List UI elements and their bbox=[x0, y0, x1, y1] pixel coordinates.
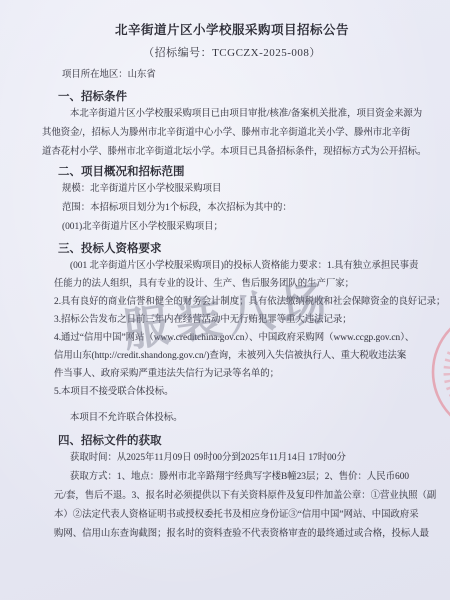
text-line: 2.具有良好的商业信誉和健全的财务会计制度；具有依法缴纳税收和社会保障资金的良好… bbox=[54, 293, 422, 311]
text-line: 获取方式：1、地点：滕州市北辛路翔宇经典写字楼B幢23层；2、售价：人民币600 bbox=[70, 468, 422, 487]
text-line: 元/套，售后不退。3、报名时必须提供以下有关资料原件及复印件加盖公章：①营业执照… bbox=[54, 487, 422, 506]
page-title: 北辛街道片区小学校服采购项目招标公告 bbox=[42, 22, 422, 38]
document-page: 服装八场 北辛街道片区小学校服采购项目招标公告 （招标编号：TCGCZX-202… bbox=[0, 0, 450, 600]
tender-number: （招标编号：TCGCZX-2025-008） bbox=[42, 46, 422, 60]
section-3-heading: 三、投标人资格要求 bbox=[58, 241, 422, 257]
text-line: (001)北辛街道片区小学校服采购项目； bbox=[62, 218, 422, 237]
section-1-heading: 一、招标条件 bbox=[58, 89, 422, 105]
text-line: 其他资金/，招标人为滕州市北辛街道中心小学、滕州市北辛街道北关小学、滕州市北辛街 bbox=[42, 124, 422, 143]
text-line: 规模：北辛街道片区小学校服采购项目 bbox=[62, 180, 422, 199]
section-3-body: (001 北辛街道片区小学校服采购项目)的投标人资格能力要求：1.具有独立承担民… bbox=[42, 257, 422, 427]
text-line: 购网、信用山东查询截图；报名时的资料查验不代表资格审查的最终通过或合格，投标人最 bbox=[54, 525, 422, 544]
text-line: (001 北辛街道片区小学校服采购项目)的投标人资格能力要求：1.具有独立承担民… bbox=[70, 257, 422, 275]
text-line: 5.本项目不接受联合体投标。 bbox=[54, 383, 422, 401]
no-consortium-note: 本项目不允许联合体投标。 bbox=[70, 409, 422, 427]
region-line: 项目所在地区：山东省 bbox=[62, 66, 422, 85]
text-line: 信用山东(http://credit.shandong.gov.cn/)查询，未… bbox=[54, 347, 422, 365]
text-line: 任能力的法人组织，具有专业的设计、生产、售后服务团队的生产厂家； bbox=[54, 275, 422, 293]
text-line: 4.通过“信用中国”网站（www.creditchina.gov.cn）、中国政… bbox=[54, 329, 422, 347]
text-line: 本）②法定代表人资格证明书或授权委托书及相应身份证③“信用中国”网站、中国政府采 bbox=[54, 506, 422, 525]
text-line: 件当事人、政府采购严重违法失信行为记录等名单的； bbox=[54, 365, 422, 383]
section-1-body: 本北辛街道片区小学校服采购项目已由项目审批/核准/备案机关批准，项目资金来源为 … bbox=[42, 105, 422, 162]
section-2-heading: 二、项目概况和招标范围 bbox=[58, 164, 422, 180]
document-content: 北辛街道片区小学校服采购项目招标公告 （招标编号：TCGCZX-2025-008… bbox=[0, 0, 450, 544]
section-4-heading: 四、招标文件的获取 bbox=[58, 433, 422, 449]
text-line: 范围：本招标项目划分为1个标段，本次招标为其中的： bbox=[62, 199, 422, 218]
section-2-body: 规模：北辛街道片区小学校服采购项目 范围：本招标项目划分为1个标段，本次招标为其… bbox=[42, 180, 422, 237]
text-line: 获取时间：从2025年11月09日 09时00分到2025年11月14日 17时… bbox=[70, 449, 422, 468]
text-line: 本北辛街道片区小学校服采购项目已由项目审批/核准/备案机关批准，项目资金来源为 bbox=[70, 105, 422, 124]
text-line: 3.招标公告发布之日前三年内在经营活动中无行贿犯罪等重大违法记录； bbox=[54, 311, 422, 329]
text-line: 道杏花村小学、滕州市北辛街道北坛小学。本项目已具备招标条件，现招标方式为公开招标… bbox=[42, 143, 422, 162]
section-4-body: 获取时间：从2025年11月09日 09时00分到2025年11月14日 17时… bbox=[42, 449, 422, 544]
